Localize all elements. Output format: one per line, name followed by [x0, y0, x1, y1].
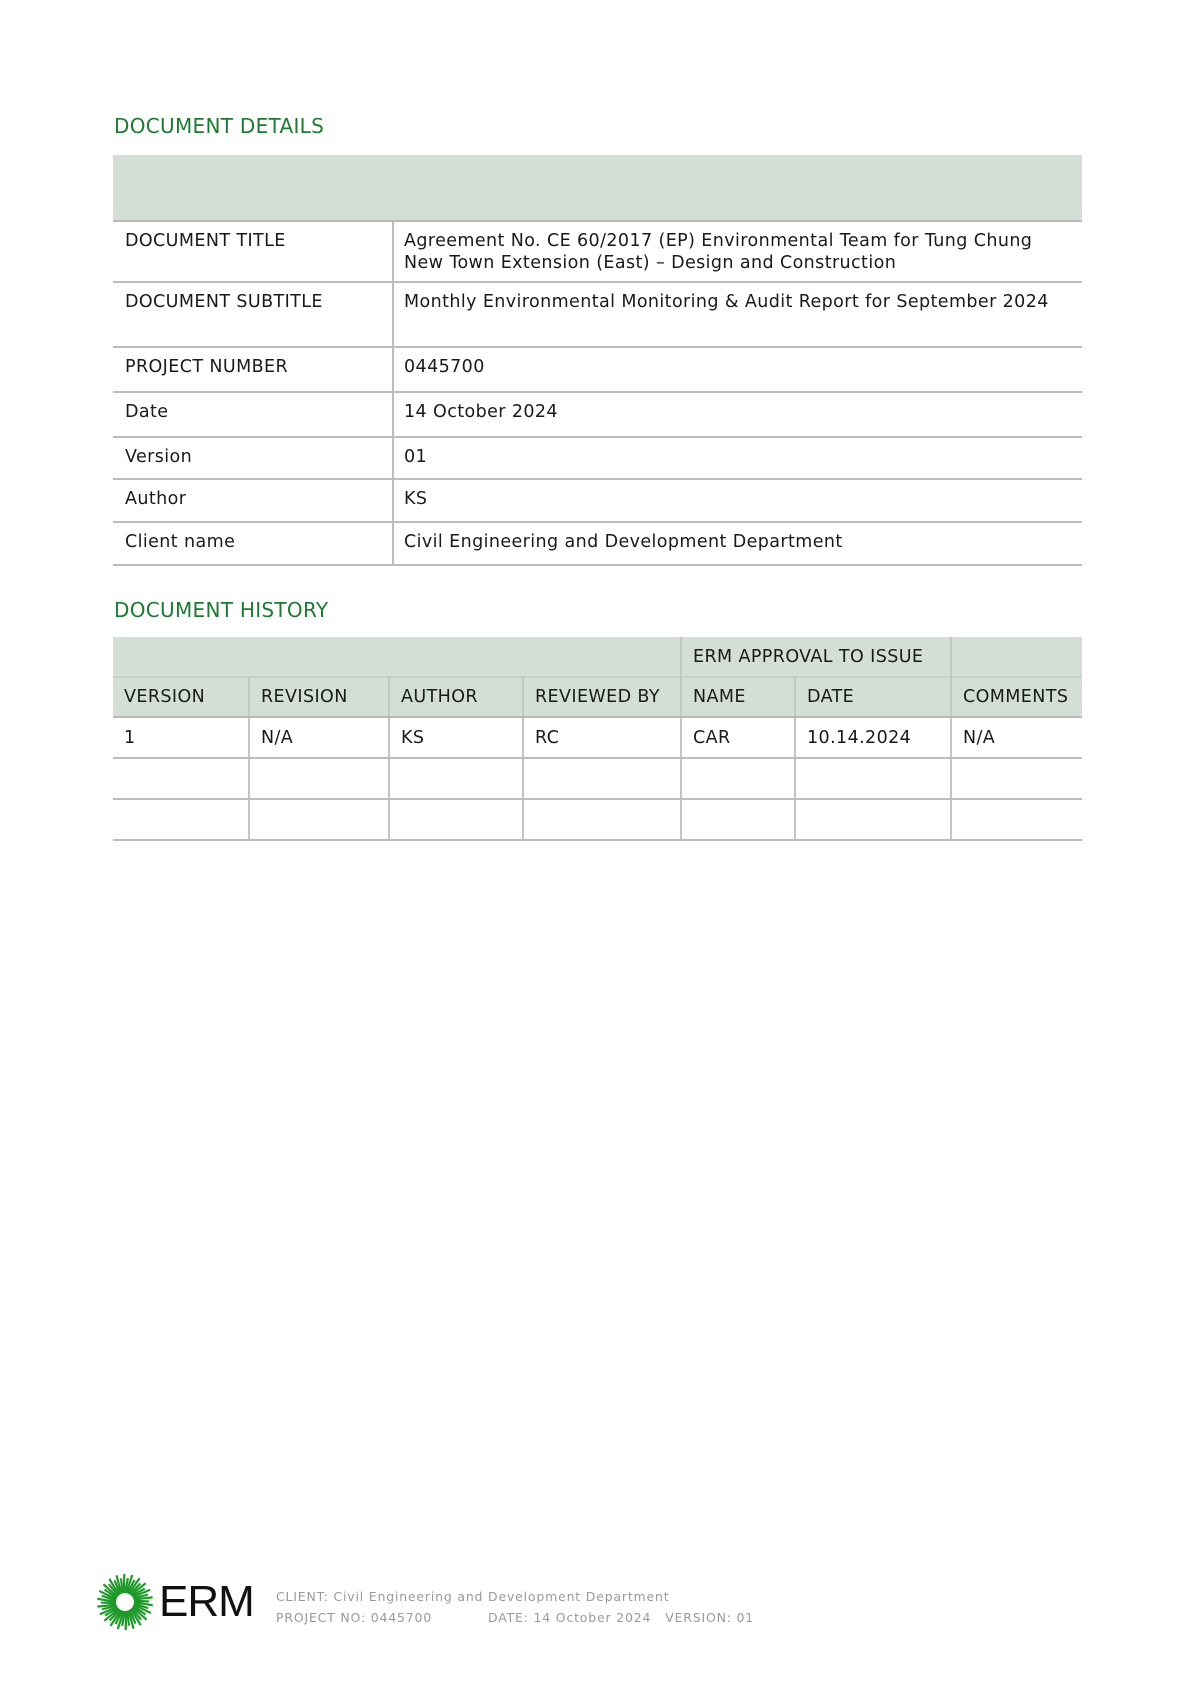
- col-header-date: DATE: [795, 677, 951, 717]
- footer-version: VERSION: 01: [665, 1610, 754, 1625]
- col-header-author: AUTHOR: [389, 677, 523, 717]
- col-header-name: NAME: [681, 677, 795, 717]
- footer-date: DATE: 14 October 2024: [488, 1610, 651, 1625]
- details-value: 0445700: [394, 348, 1082, 391]
- document-history-heading: DOCUMENT HISTORY: [114, 598, 328, 622]
- details-label: Author: [113, 480, 394, 521]
- cell-author: [389, 758, 523, 799]
- footer-client: CLIENT: Civil Engineering and Developmen…: [276, 1589, 669, 1604]
- footer-client-text: CLIENT: Civil Engineering and Developmen…: [276, 1589, 669, 1604]
- erm-approval-group-header: ERM APPROVAL TO ISSUE: [681, 637, 951, 677]
- document-history-table: ERM APPROVAL TO ISSUE VERSION REVISION A…: [113, 637, 1082, 841]
- details-label: DOCUMENT SUBTITLE: [113, 283, 394, 346]
- table-row: [113, 758, 1082, 799]
- cell-name: CAR: [681, 717, 795, 758]
- details-row-title: DOCUMENT TITLE Agreement No. CE 60/2017 …: [113, 222, 1082, 283]
- cell-date: 10.14.2024: [795, 717, 951, 758]
- table-row: [113, 799, 1082, 840]
- details-label: DOCUMENT TITLE: [113, 222, 394, 281]
- table-row: 1 N/A KS RC CAR 10.14.2024 N/A: [113, 717, 1082, 758]
- col-header-comments: COMMENTS: [951, 677, 1082, 717]
- details-value: 14 October 2024: [394, 393, 1082, 436]
- col-header-revision: REVISION: [249, 677, 389, 717]
- cell-version: [113, 799, 249, 840]
- details-header-bar: [113, 155, 1082, 222]
- details-value: 01: [394, 438, 1082, 478]
- document-details-heading: DOCUMENT DETAILS: [114, 114, 324, 138]
- details-row-date: Date 14 October 2024: [113, 393, 1082, 438]
- details-label: Client name: [113, 523, 394, 564]
- details-row-subtitle: DOCUMENT SUBTITLE Monthly Environmental …: [113, 283, 1082, 348]
- cell-name: [681, 758, 795, 799]
- details-row-author: Author KS: [113, 480, 1082, 523]
- details-row-client-name: Client name Civil Engineering and Develo…: [113, 523, 1082, 566]
- cell-date: [795, 799, 951, 840]
- erm-logo: ERM: [95, 1572, 254, 1632]
- cell-comments: N/A: [951, 717, 1082, 758]
- cell-revision: [249, 799, 389, 840]
- details-label: PROJECT NUMBER: [113, 348, 394, 391]
- history-group-spacer: [951, 637, 1082, 677]
- details-row-project-number: PROJECT NUMBER 0445700: [113, 348, 1082, 393]
- details-value: Civil Engineering and Development Depart…: [394, 523, 1082, 564]
- col-header-version: VERSION: [113, 677, 249, 717]
- cell-reviewed-by: RC: [523, 717, 681, 758]
- cell-version: 1: [113, 717, 249, 758]
- details-value: Monthly Environmental Monitoring & Audit…: [394, 283, 1082, 346]
- cell-date: [795, 758, 951, 799]
- cell-comments: [951, 758, 1082, 799]
- cell-revision: [249, 758, 389, 799]
- footer-project-no: PROJECT NO: 0445700: [276, 1610, 432, 1625]
- cell-version: [113, 758, 249, 799]
- cell-name: [681, 799, 795, 840]
- col-header-reviewed-by: REVIEWED BY: [523, 677, 681, 717]
- cell-reviewed-by: [523, 799, 681, 840]
- cell-author: [389, 799, 523, 840]
- erm-starburst-icon: [95, 1572, 155, 1632]
- cell-comments: [951, 799, 1082, 840]
- footer-meta-line: PROJECT NO: 0445700DATE: 14 October 2024…: [276, 1610, 754, 1625]
- erm-logo-text: ERM: [159, 1580, 254, 1624]
- cell-revision: N/A: [249, 717, 389, 758]
- history-group-spacer: [113, 637, 681, 677]
- details-value: Agreement No. CE 60/2017 (EP) Environmen…: [394, 222, 1082, 281]
- history-group-header-row: ERM APPROVAL TO ISSUE: [113, 637, 1082, 677]
- details-label: Version: [113, 438, 394, 478]
- cell-author: KS: [389, 717, 523, 758]
- details-row-version: Version 01: [113, 438, 1082, 480]
- document-details-table: DOCUMENT TITLE Agreement No. CE 60/2017 …: [113, 155, 1082, 566]
- page-footer: ERM: [95, 1572, 254, 1632]
- history-column-header-row: VERSION REVISION AUTHOR REVIEWED BY NAME…: [113, 677, 1082, 717]
- details-value: KS: [394, 480, 1082, 521]
- details-label: Date: [113, 393, 394, 436]
- cell-reviewed-by: [523, 758, 681, 799]
